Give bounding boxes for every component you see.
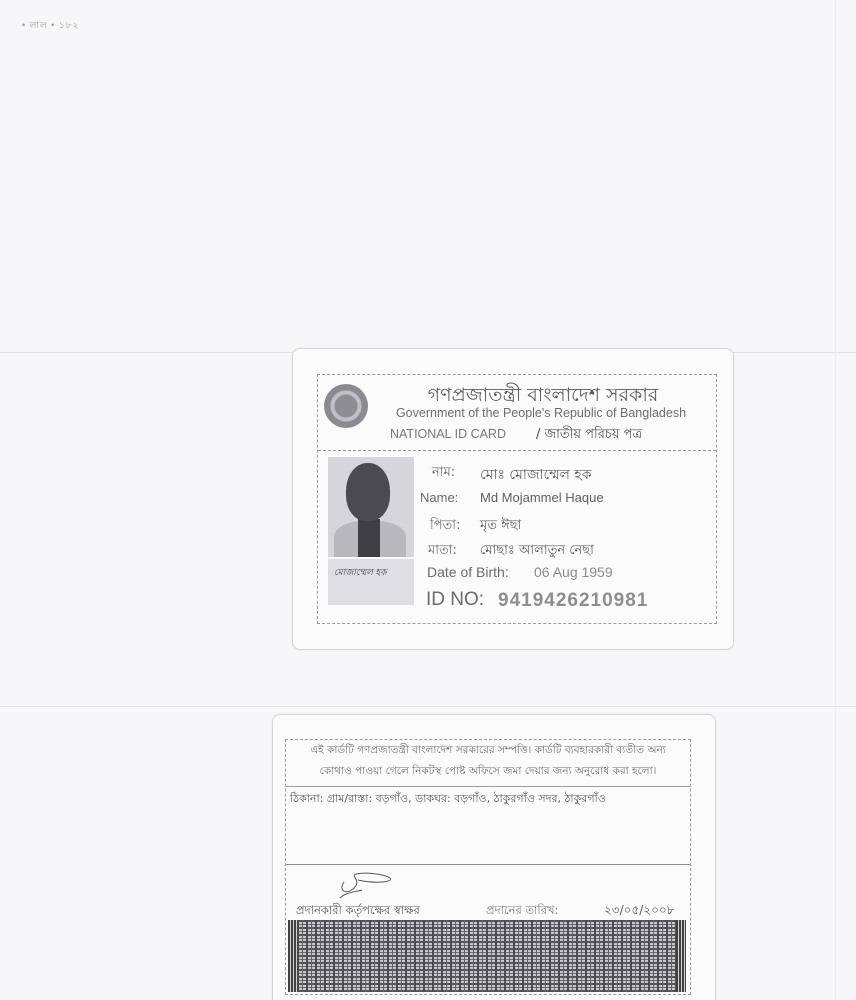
card-type-english: NATIONAL ID CARD (390, 427, 506, 441)
authority-signature-icon (336, 870, 396, 900)
title-english: Government of the People's Republic of B… (376, 406, 706, 420)
id-number-label: ID NO: (426, 589, 484, 611)
card-header: গণপ্রজাতন্ত্রী বাংলাদেশ সরকার Government… (318, 375, 716, 451)
name-bn-label: নাম: (432, 463, 455, 484)
mother-label: মাতা: (428, 541, 457, 562)
photo-head (346, 463, 390, 521)
holder-signature: মোজাম্মেল হক (334, 565, 386, 580)
paper-fold-line (0, 706, 856, 707)
issue-date-value: ২৩/০৫/২০০৮ (604, 902, 674, 922)
dob-value: 06 Aug 1959 (534, 564, 613, 580)
father-value: মৃত ঈছা (480, 516, 521, 537)
card-back-frame: এই কার্ডটি গণপ্রজাতন্ত্রী বাংলাদেশ সরকার… (285, 739, 691, 995)
card-type-bangla: / জাতীয় পরিচয় পত্র (536, 425, 642, 446)
card-front-frame: গণপ্রজাতন্ত্রী বাংলাদেশ সরকার Government… (317, 374, 717, 624)
holder-signature-box: মোজাম্মেল হক (328, 559, 414, 605)
pdf417-barcode (288, 920, 686, 992)
photo-shirt (358, 519, 380, 557)
holder-photo (328, 457, 414, 557)
id-card-back: এই কার্ডটি গণপ্রজাতন্ত্রী বাংলাদেশ সরকার… (272, 714, 716, 1000)
signature-divider (286, 864, 690, 865)
notice-line-2: কোথাও পাওয়া গেলে নিকটস্থ পোষ্ট অফিসে জম… (286, 761, 690, 782)
paper-fold-line (835, 0, 836, 1000)
government-seal-icon (324, 384, 368, 428)
name-en-label: Name: (420, 490, 458, 505)
ownership-notice: এই কার্ডটি গণপ্রজাতন্ত্রী বাংলাদেশ সরকার… (286, 740, 690, 787)
issue-date-label: প্রদানের তারিখ: (486, 902, 558, 921)
notice-line-1: এই কার্ডটি গণপ্রজাতন্ত্রী বাংলাদেশ সরকার… (286, 740, 690, 761)
dob-label: Date of Birth: (427, 564, 509, 580)
id-card-front: গণপ্রজাতন্ত্রী বাংলাদেশ সরকার Government… (292, 348, 734, 650)
address: ঠিকানা: গ্রাম/রাস্তা: বড়গাঁও, ডাকঘর: বড… (290, 790, 606, 809)
father-label: পিতা: (430, 516, 460, 537)
id-number-value: 9419426210981 (498, 590, 648, 612)
top-scribble: • লাল • ১৮২ (22, 18, 79, 33)
name-bn-value: মোঃ মোজাম্মেল হক (480, 463, 592, 487)
authority-signature-label: প্রদানকারী কর্তৃপক্ষের স্বাক্ষর (296, 902, 420, 921)
name-en-value: Md Mojammel Haque (480, 490, 604, 505)
mother-value: মোছাঃ আলাতুন নেছা (480, 541, 594, 562)
